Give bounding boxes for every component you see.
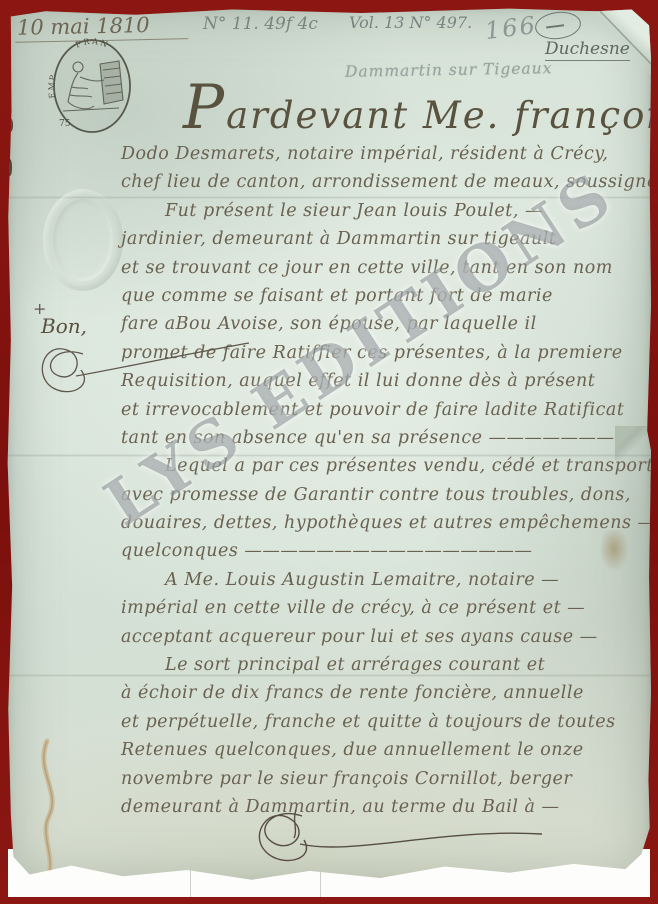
manuscript-line: A Me. Louis Augustin Lemaitre, notaire — <box>121 566 645 594</box>
manuscript-line: douaires, dettes, hypothèques et autres … <box>121 509 645 537</box>
circled-registry-mark <box>534 9 583 41</box>
manuscript-line: que comme se faisant et portant fort de … <box>121 282 645 310</box>
manuscript-line: avec promesse de Garantir contre tous tr… <box>121 481 645 509</box>
manuscript-line: Fut présent le sieur Jean louis Poulet, … <box>121 197 645 225</box>
notary-signature <box>232 804 562 879</box>
manuscript-line: quelconques ———————————————— <box>121 537 645 565</box>
edge-ink-blob <box>7 159 12 176</box>
manuscript-line: tant en son absence qu'en sa présence ——… <box>121 424 645 452</box>
date-annotation: 10 mai 1810 <box>15 12 188 43</box>
manuscript-line: à échoir de dix francs de rente foncière… <box>121 679 645 707</box>
act-number-annotation: N° 11. 49f 4c <box>203 14 318 34</box>
manuscript-body: Dodo Desmarets, notaire impérial, réside… <box>121 140 645 821</box>
manuscript-line: Le sort principal et arrérages courant e… <box>121 651 645 679</box>
registrar-name-annotation: Duchesne <box>545 39 630 61</box>
paper-stain <box>599 530 629 572</box>
document-page: EMP. FRAN 75 10 mai 1810 N° 11. 49f 4c V… <box>7 6 651 885</box>
edge-ink-blob <box>7 118 13 132</box>
manuscript-line: Lequel a par ces présentes vendu, cédé e… <box>121 452 645 480</box>
manuscript-line: jardinier, demeurant à Dammartin sur tig… <box>121 225 645 253</box>
folio-number: 166 <box>483 11 538 45</box>
stamp-value: 75 <box>59 119 71 129</box>
manuscript-line: et se trouvant ce jour en cette ville, t… <box>121 254 645 282</box>
manuscript-line: fare aBou Avoise, son épouse, par laquel… <box>121 310 645 338</box>
margin-paraph-signature <box>21 336 261 421</box>
manuscript-line: impérial en cette ville de crécy, à ce p… <box>121 594 645 622</box>
manuscript-line: Retenues quelconques, due annuellement l… <box>121 736 645 764</box>
volume-annotation: Vol. 13 N° 497. <box>349 13 472 32</box>
edge-tear <box>615 426 649 460</box>
imperial-revenue-stamp: EMP. FRAN 75 <box>47 36 137 136</box>
manuscript-line: chef lieu de canton, arrondissement de m… <box>121 168 645 196</box>
act-title: Pardevant Me. françois <box>183 72 658 143</box>
scanned-document-frame: EMP. FRAN 75 10 mai 1810 N° 11. 49f 4c V… <box>0 0 658 904</box>
embossed-blind-seal <box>43 189 123 291</box>
manuscript-line: et perpétuelle, franche et quitte à touj… <box>121 708 645 736</box>
manuscript-line: Dodo Desmarets, notaire impérial, réside… <box>121 140 645 168</box>
margin-approval-note: Bon, <box>41 314 87 338</box>
manuscript-line: novembre par le sieur françois Cornillot… <box>121 765 645 793</box>
manuscript-line: acceptant acquereur pour lui et ses ayan… <box>121 623 645 651</box>
